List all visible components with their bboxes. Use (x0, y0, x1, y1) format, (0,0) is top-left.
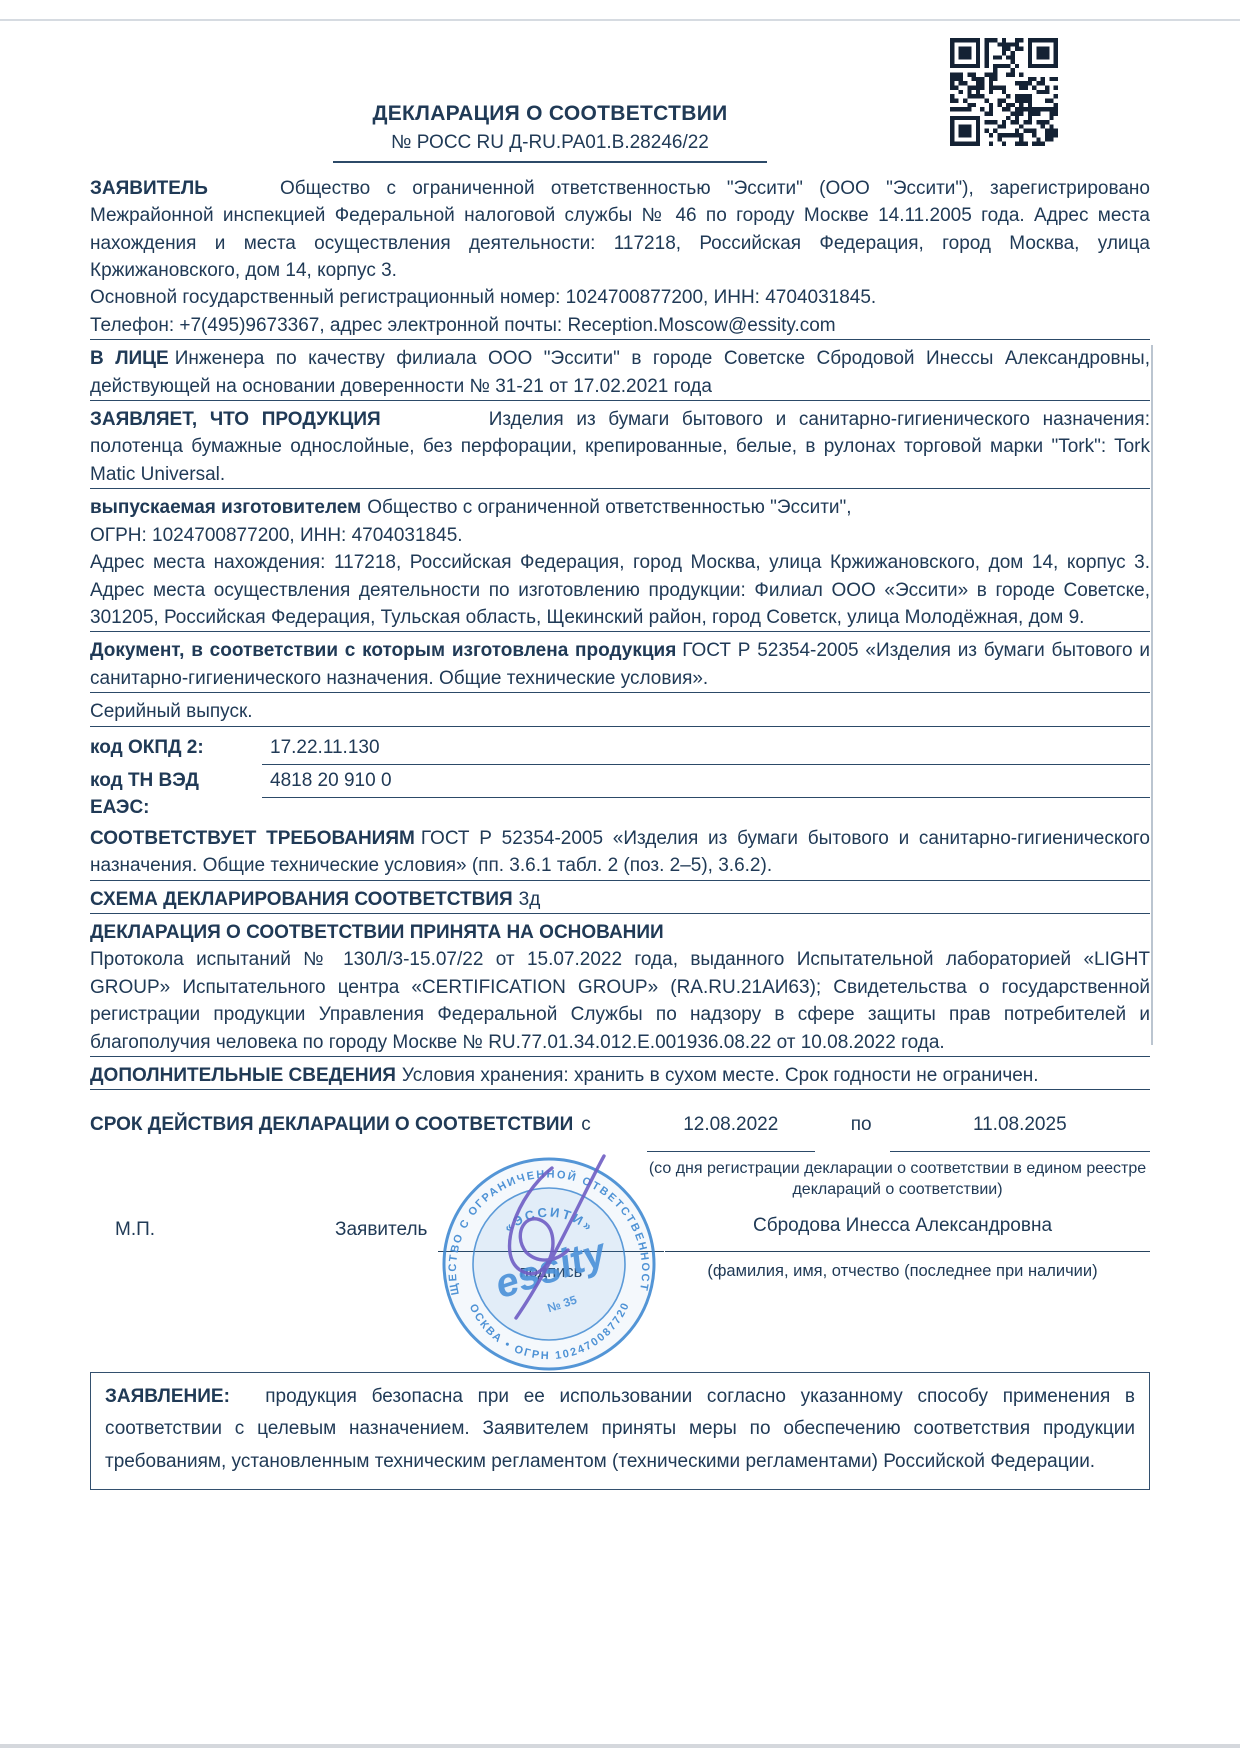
scan-artifact-bottom (0, 1744, 1240, 1748)
svg-text:МОСКВА • ОГРН 1024700877200: МОСКВА • ОГРН 1024700877200 (430, 1142, 632, 1362)
scheme-label: СХЕМА ДЕКЛАРИРОВАНИЯ СООТВЕТСТВИЯ (90, 889, 513, 910)
okpd-row: код ОКПД 2: 17.22.11.130 (90, 734, 1150, 765)
validity-from-word: с (581, 1111, 591, 1138)
additional-label: ДОПОЛНИТЕЛЬНЫЕ СВЕДЕНИЯ (90, 1065, 396, 1086)
tnved-label: код ТН ВЭД ЕАЭС: (90, 767, 262, 822)
signature-row: М.П. Заявитель подпись Сбродова Инесса А… (90, 1206, 1150, 1368)
applicant-label: ЗАЯВИТЕЛЬ (90, 178, 208, 199)
okpd-label: код ОКПД 2: (90, 734, 262, 761)
validity-to-word: по (851, 1111, 872, 1138)
declaration-number-line: № РОСС RU Д-RU.РА01.В.28246/22 (90, 129, 1010, 162)
declares-label: ЗАЯВЛЯЕТ, ЧТО ПРОДУКЦИЯ (90, 409, 381, 430)
title-block: ДЕКЛАРАЦИЯ О СООТВЕТСТВИИ № РОСС RU Д-RU… (90, 100, 1010, 163)
section-scheme: СХЕМА ДЕКЛАРИРОВАНИЯ СООТВЕТСТВИЯ3д (90, 886, 1150, 919)
stamp-inner-text: «ЭССИТИ» (501, 1204, 597, 1235)
section-declares-product: ЗАЯВЛЯЕТ, ЧТО ПРОДУКЦИЯИзделия из бумаги… (90, 406, 1150, 494)
in-person-text: Инженера по качеству филиала ООО "Эссити… (90, 348, 1150, 396)
tnved-row: код ТН ВЭД ЕАЭС: 4818 20 910 0 (90, 767, 1150, 822)
okpd-value: 17.22.11.130 (262, 734, 1150, 765)
validity-note: (со дня регистрации декларации о соответ… (645, 1158, 1150, 1200)
manufacturer-line2: ОГРН: 1024700877200, ИНН: 4704031845. (90, 522, 1150, 549)
stamp-number: № 35 (546, 1292, 579, 1315)
validity-row: СРОК ДЕЙСТВИЯ ДЕКЛАРАЦИИ О СООТВЕТСТВИИ … (90, 1111, 1150, 1151)
serial-release: Серийный выпуск. (90, 698, 1150, 726)
product-document-paragraph: Документ, в соответствии с которым изгот… (90, 637, 1150, 693)
name-line (665, 1251, 1150, 1252)
basis-heading: ДЕКЛАРАЦИЯ О СООТВЕТСТВИИ ПРИНЯТА НА ОСН… (90, 919, 1150, 946)
signature-line (438, 1251, 664, 1252)
handwritten-signature (510, 1156, 604, 1318)
stamp-place-label: М.П. (115, 1216, 155, 1243)
validity-label: СРОК ДЕЙСТВИЯ ДЕКЛАРАЦИИ О СООТВЕТСТВИИ (90, 1111, 573, 1138)
applicant-name: Сбродова Инесса Александровна (655, 1212, 1150, 1239)
svg-text:«ЭССИТИ»: «ЭССИТИ» (501, 1204, 597, 1235)
scheme-value: 3д (519, 889, 541, 910)
name-caption: (фамилия, имя, отчество (последнее при н… (655, 1261, 1150, 1282)
additional-paragraph: ДОПОЛНИТЕЛЬНЫЕ СВЕДЕНИЯУсловия хранения:… (90, 1062, 1150, 1090)
applicant-paragraph: ЗАЯВИТЕЛЬОбщество с ограниченной ответст… (90, 175, 1150, 285)
signature-caption: подпись (438, 1259, 664, 1286)
basis-text: Протокола испытаний № 130Л/3-15.07/22 от… (90, 946, 1150, 1057)
section-applicant: ЗАЯВИТЕЛЬОбщество с ограниченной ответст… (90, 175, 1150, 345)
declares-paragraph: ЗАЯВЛЯЕТ, ЧТО ПРОДУКЦИЯИзделия из бумаги… (90, 406, 1150, 489)
manufacturer-label: выпускаемая изготовителем (90, 497, 361, 518)
tnved-value: 4818 20 910 0 (262, 767, 1150, 798)
validity-date-to: 11.08.2025 (890, 1111, 1150, 1151)
section-serial: Серийный выпуск. (90, 698, 1150, 731)
manufacturer-line1: выпускаемая изготовителемОбщество с огра… (90, 494, 1150, 521)
statement-box: ЗАЯВЛЕНИЕ: продукция безопасна при ее ис… (90, 1372, 1150, 1491)
statement-text: продукция безопасна при ее использовании… (105, 1386, 1135, 1472)
declaration-page: ДЕКЛАРАЦИЯ О СООТВЕТСТВИИ № РОСС RU Д-RU… (0, 0, 1240, 1755)
document-content: ДЕКЛАРАЦИЯ О СООТВЕТСТВИИ № РОСС RU Д-RU… (90, 100, 1150, 1490)
complies-label: СООТВЕТСТВУЕТ ТРЕБОВАНИЯМ (90, 828, 415, 849)
stamp-outer-bottom-text: МОСКВА • ОГРН 1024700877200 (430, 1142, 632, 1362)
additional-text: Условия хранения: хранить в сухом месте.… (402, 1065, 1039, 1086)
applicant-ogrn-line: Основной государственный регистрационный… (90, 284, 1150, 311)
section-manufacturer: выпускаемая изготовителемОбщество с огра… (90, 494, 1150, 637)
section-basis: ДЕКЛАРАЦИЯ О СООТВЕТСТВИИ ПРИНЯТА НА ОСН… (90, 919, 1150, 1062)
page-title: ДЕКЛАРАЦИЯ О СООТВЕТСТВИИ (90, 100, 1010, 127)
scheme-paragraph: СХЕМА ДЕКЛАРИРОВАНИЯ СООТВЕТСТВИЯ3д (90, 886, 1150, 914)
scan-artifact-top (0, 19, 1240, 21)
statement-label: ЗАЯВЛЕНИЕ: (105, 1386, 230, 1407)
scan-artifact-right (1151, 345, 1153, 1045)
declaration-number: № РОСС RU Д-RU.РА01.В.28246/22 (333, 129, 767, 162)
manufacturer-company: Общество с ограниченной ответственностью… (367, 497, 851, 518)
applicant-phone-line: Телефон: +7(495)9673367, адрес электронн… (90, 312, 1150, 340)
section-product-document: Документ, в соответствии с которым изгот… (90, 637, 1150, 698)
validity-date-from: 12.08.2022 (647, 1111, 815, 1151)
applicant-word: Заявитель (335, 1216, 427, 1243)
applicant-text: Общество с ограниченной ответственностью… (90, 178, 1150, 281)
section-in-person: В ЛИЦЕИнженера по качеству филиала ООО "… (90, 345, 1150, 406)
manufacturer-address: Адрес места нахождения: 117218, Российск… (90, 549, 1150, 632)
complies-paragraph: СООТВЕТСТВУЕТ ТРЕБОВАНИЯМГОСТ Р 52354-20… (90, 825, 1150, 881)
section-complies: СООТВЕТСТВУЕТ ТРЕБОВАНИЯМГОСТ Р 52354-20… (90, 825, 1150, 886)
in-person-paragraph: В ЛИЦЕИнженера по качеству филиала ООО "… (90, 345, 1150, 401)
in-person-label: В ЛИЦЕ (90, 348, 169, 369)
section-additional: ДОПОЛНИТЕЛЬНЫЕ СВЕДЕНИЯУсловия хранения:… (90, 1062, 1150, 1095)
product-document-label: Документ, в соответствии с которым изгот… (90, 640, 676, 661)
